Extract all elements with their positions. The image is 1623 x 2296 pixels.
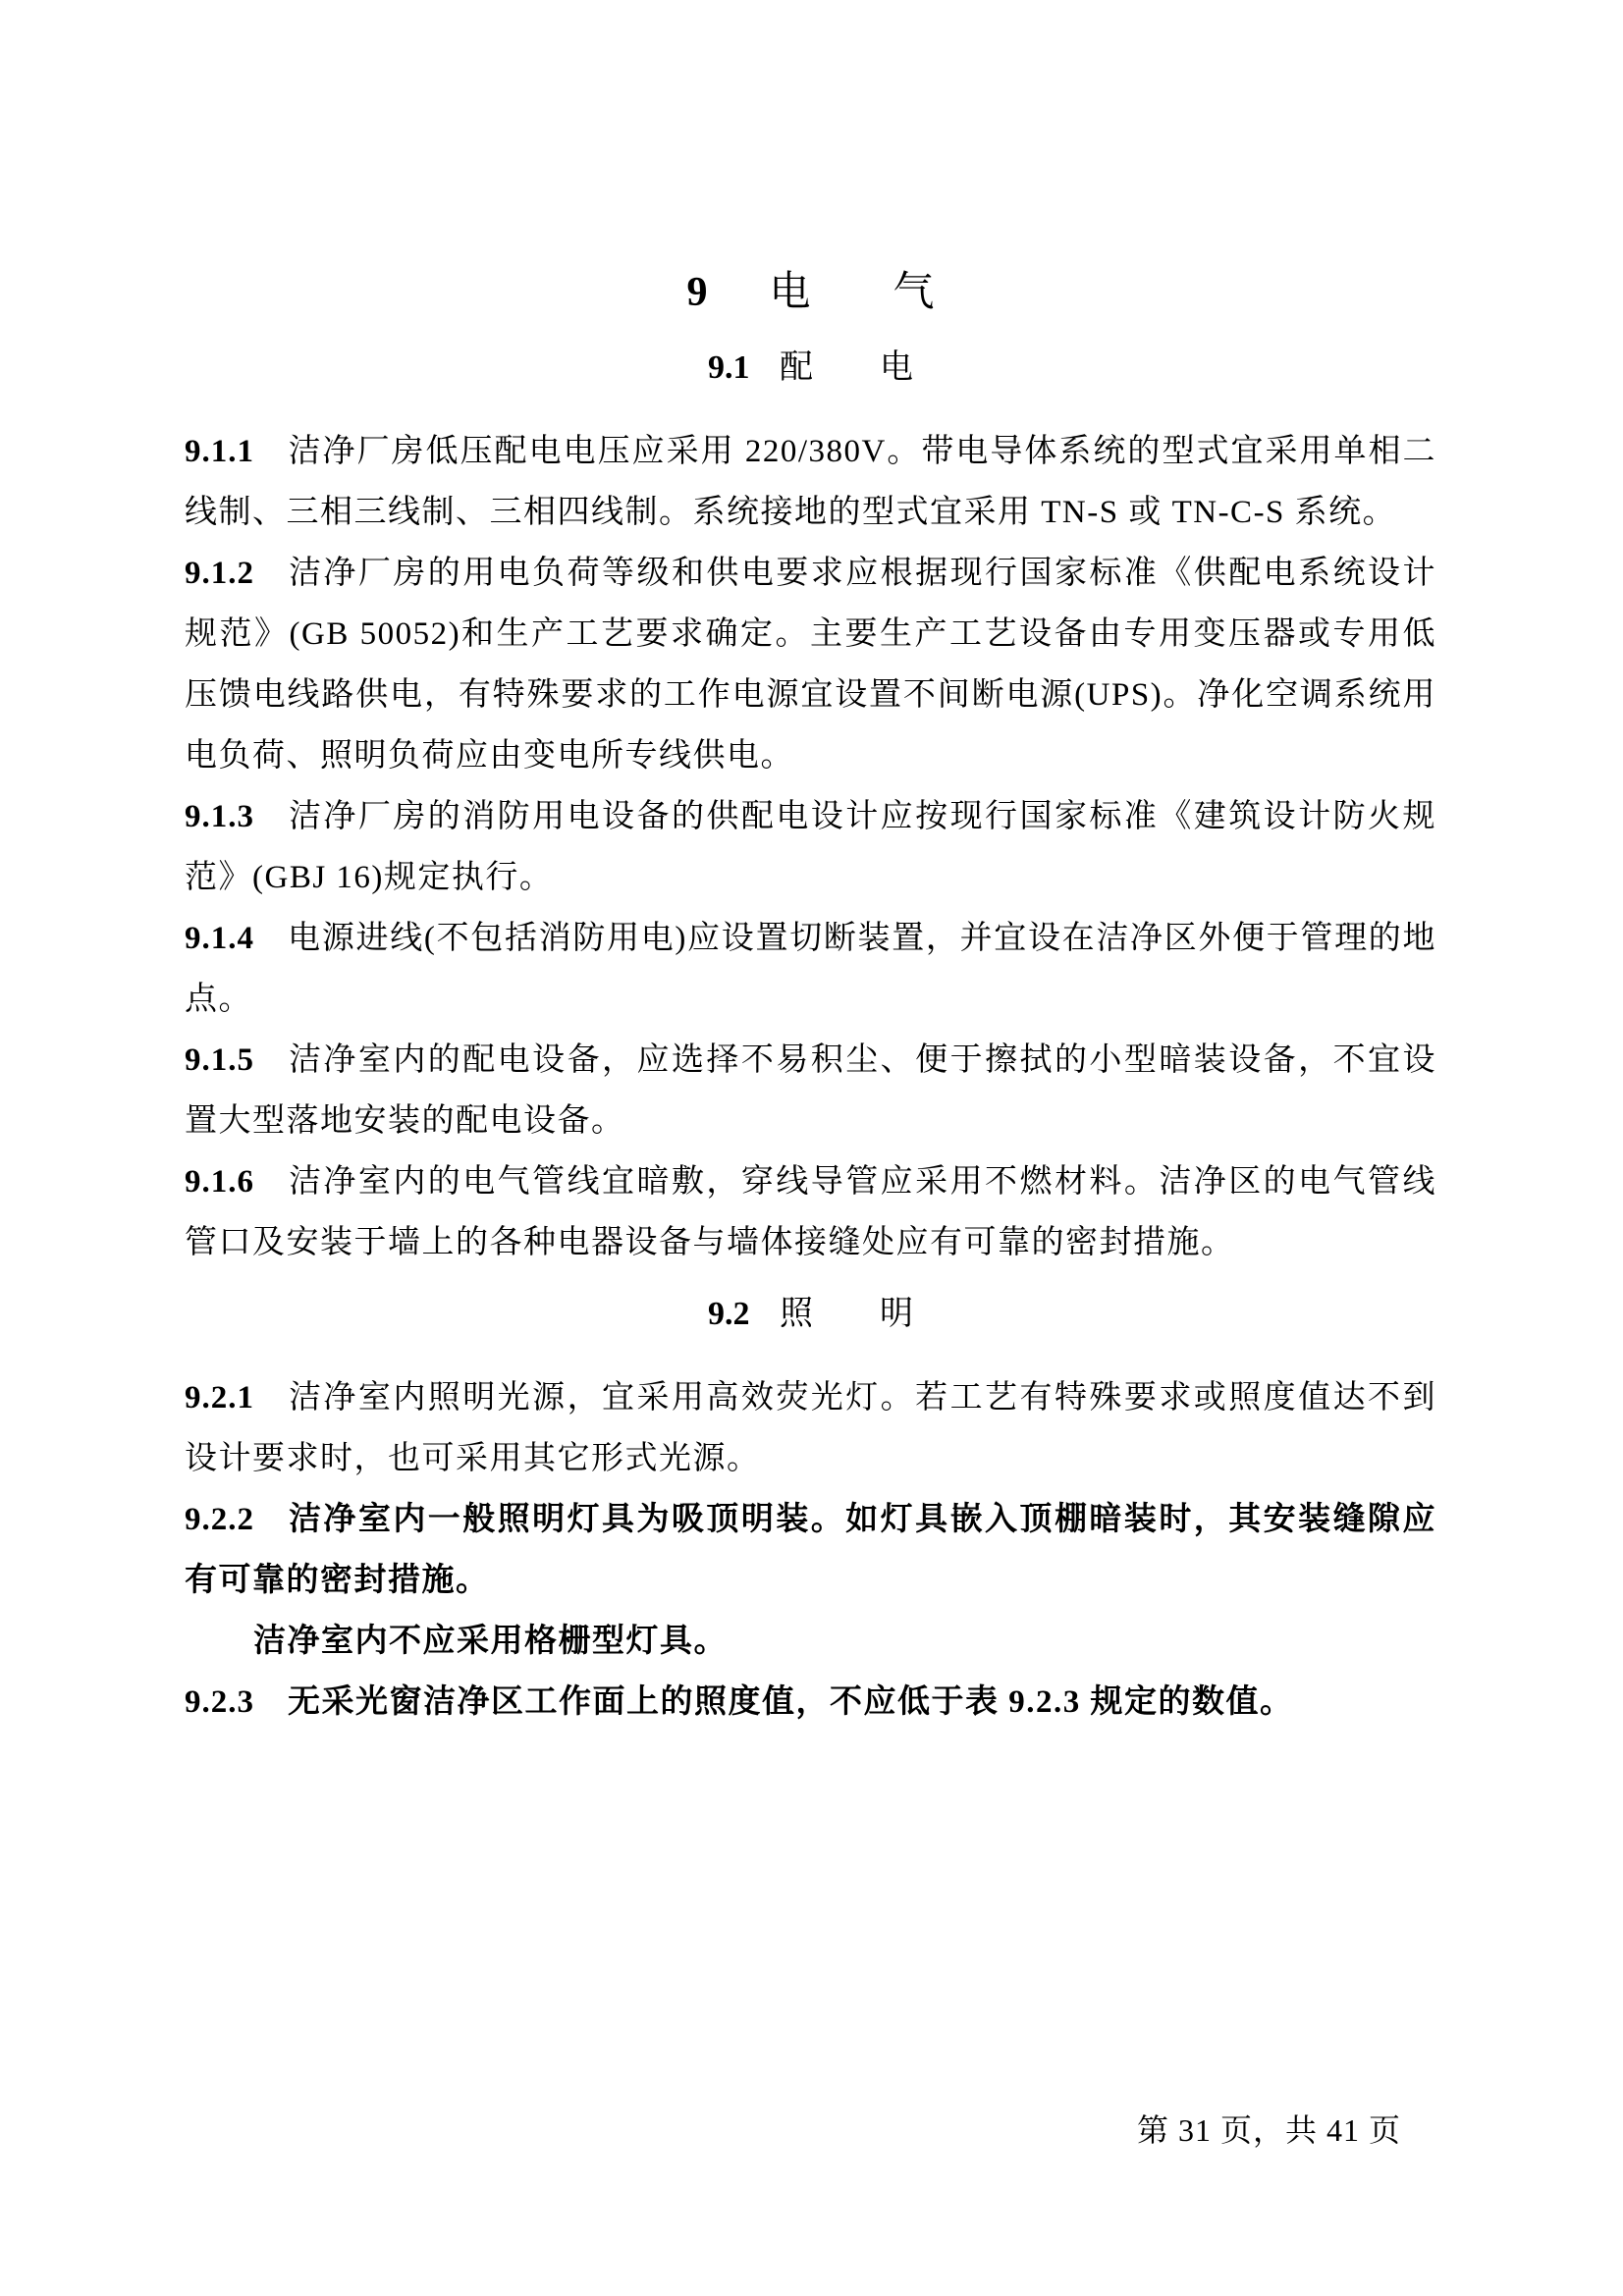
chapter-heading: 9电 气 [185,260,1436,325]
clause-number: 9.2.2 [185,1502,254,1537]
section-number: 9.1 [708,349,750,386]
clause-number: 9.1.5 [185,1042,254,1078]
section-title: 配 电 [780,349,913,386]
clause-9-1-4: 9.1.4电源进线(不包括消防用电)应设置切断装置，并宜设在洁净区外便于管理的地… [185,908,1436,1030]
clause-text: 洁净室内的电气管线宜暗敷，穿线导管应采用不燃材料。洁净区的电气管线管口及安装于墙… [185,1164,1436,1260]
clause-number: 9.2.3 [185,1684,254,1720]
clause-number: 9.2.1 [185,1380,254,1415]
page-number-footer: 第 31 页，共 41 页 [1137,2109,1401,2152]
clause-text: 洁净室内照明光源，宜采用高效荧光灯。若工艺有特殊要求或照度值达不到设计要求时，也… [185,1380,1436,1476]
clause-number: 9.1.1 [185,434,254,469]
chapter-title: 电 气 [769,270,934,315]
clause-text: 洁净厂房的用电负荷等级和供电要求应根据现行国家标准《供配电系统设计规范》(GB … [185,556,1436,774]
clause-text: 洁净厂房低压配电电压应采用 220/380V。带电导体系统的型式宜采用单相二线制… [185,434,1436,530]
clause-text: 洁净室内的配电设备，应选择不易积尘、便于擦拭的小型暗装设备，不宜设置大型落地安装… [185,1042,1436,1139]
clause-text: 电源进线(不包括消防用电)应设置切断装置，并宜设在洁净区外便于管理的地点。 [185,921,1436,1017]
clause-number: 9.1.2 [185,556,254,591]
clause-number: 9.1.3 [185,799,254,834]
clause-9-2-2: 9.2.2洁净室内一般照明灯具为吸顶明装。如灯具嵌入顶棚暗装时，其安装缝隙应有可… [185,1489,1436,1611]
section-heading-9-1: 9.1配 电 [185,337,1436,400]
clause-9-1-2: 9.1.2洁净厂房的用电负荷等级和供电要求应根据现行国家标准《供配电系统设计规范… [185,543,1436,786]
clause-text: 洁净室内一般照明灯具为吸顶明装。如灯具嵌入顶棚暗装时，其安装缝隙应有可靠的密封措… [185,1502,1436,1598]
clause-9-2-3: 9.2.3无采光窗洁净区工作面上的照度值，不应低于表 9.2.3 规定的数值。 [185,1672,1436,1733]
chapter-number: 9 [686,270,707,315]
clause-text: 洁净厂房的消防用电设备的供配电设计应按现行国家标准《建筑设计防火规范》(GBJ … [185,799,1436,895]
clause-9-1-3: 9.1.3洁净厂房的消防用电设备的供配电设计应按现行国家标准《建筑设计防火规范》… [185,786,1436,908]
document-page: 9电 气 9.1配 电 9.1.1洁净厂房低压配电电压应采用 220/380V。… [0,0,1623,2296]
clause-number: 9.1.4 [185,921,254,956]
section-title: 照 明 [780,1296,913,1332]
clause-text: 无采光窗洁净区工作面上的照度值，不应低于表 9.2.3 规定的数值。 [288,1684,1294,1720]
clause-text: 洁净室内不应采用格栅型灯具。 [253,1624,728,1659]
section-heading-9-2: 9.2照 明 [185,1283,1436,1346]
clause-9-1-1: 9.1.1洁净厂房低压配电电压应采用 220/380V。带电导体系统的型式宜采用… [185,421,1436,543]
section-number: 9.2 [708,1296,750,1332]
clause-number: 9.1.6 [185,1164,254,1200]
clause-9-1-5: 9.1.5洁净室内的配电设备，应选择不易积尘、便于擦拭的小型暗装设备，不宜设置大… [185,1030,1436,1151]
clause-9-2-2-note: 洁净室内不应采用格栅型灯具。 [185,1611,1436,1672]
clause-9-2-1: 9.2.1洁净室内照明光源，宜采用高效荧光灯。若工艺有特殊要求或照度值达不到设计… [185,1367,1436,1489]
clause-9-1-6: 9.1.6洁净室内的电气管线宜暗敷，穿线导管应采用不燃材料。洁净区的电气管线管口… [185,1151,1436,1273]
